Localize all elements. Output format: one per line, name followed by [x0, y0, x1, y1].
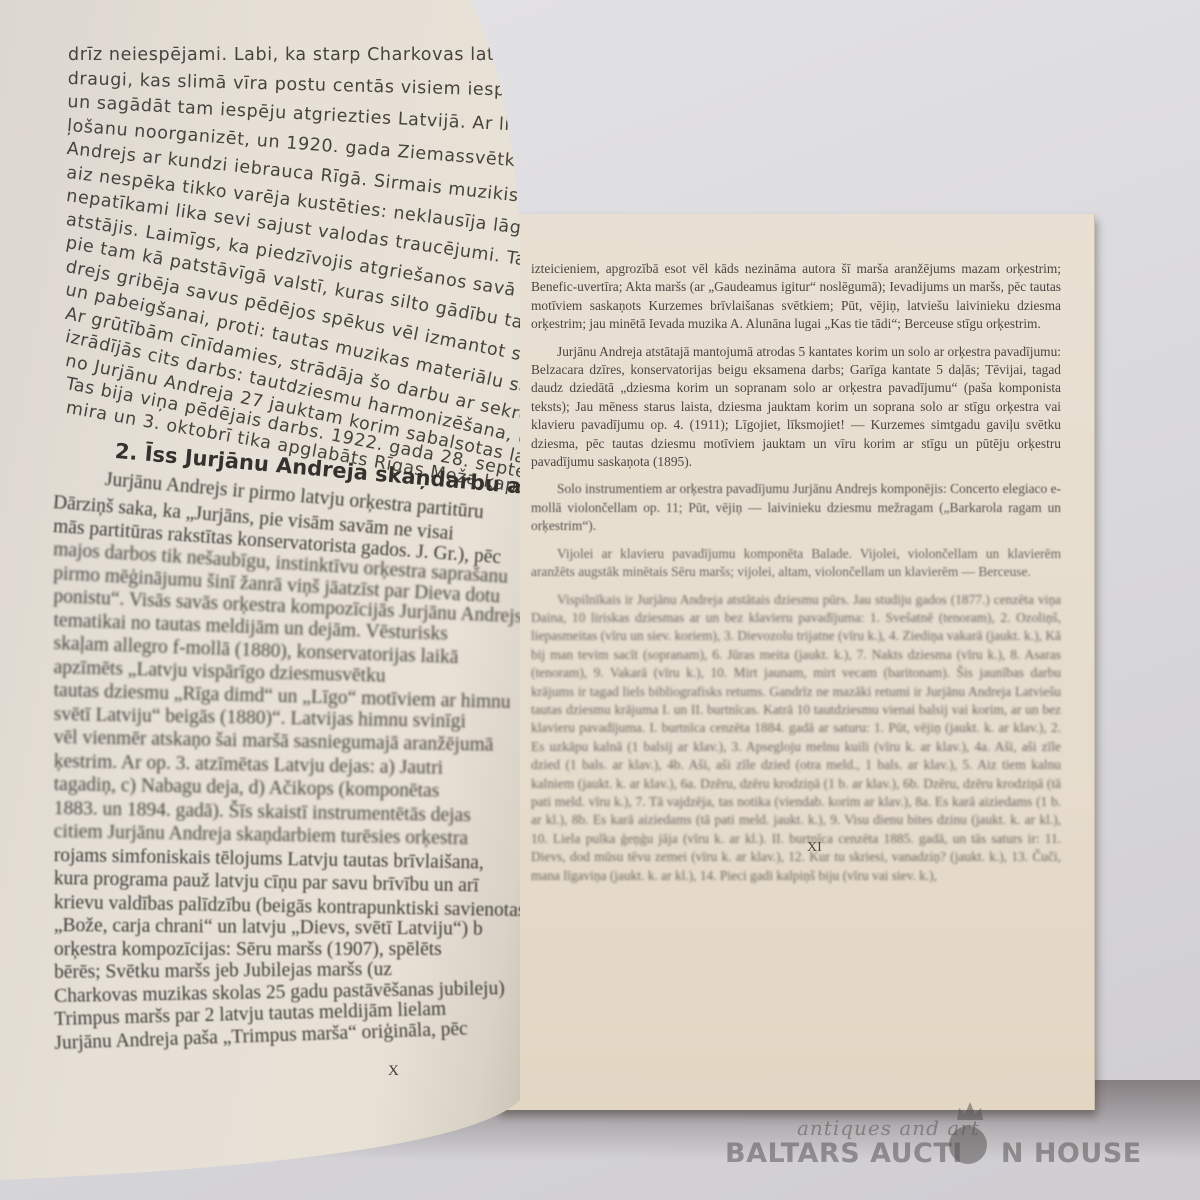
- crown-icon: [955, 1100, 985, 1122]
- paragraph: Vispilnīkais ir Jurjānu Andreja atstātai…: [531, 591, 1061, 886]
- page-number: X: [388, 1063, 399, 1080]
- paragraph: izteicieniem, apgrozībā esot vēl kāds ne…: [531, 260, 1061, 334]
- left-body-block: Jurjānu Andrejs ir pirmo latvju orķestra…: [68, 468, 538, 1056]
- left-page-text: drīz neiespējami. Labi, ka starp Charkov…: [68, 44, 538, 1055]
- left-top-block: drīz neiespējami. Labi, ka starp Charkov…: [68, 44, 538, 420]
- orb-icon: [949, 1126, 987, 1164]
- watermark-name-left: BALTARS AUCTI: [725, 1138, 963, 1169]
- paragraph: Jurjānu Andreja atstātajā mantojumā atro…: [531, 343, 1061, 472]
- right-page-text: izteicieniem, apgrozībā esot vēl kāds ne…: [531, 260, 1061, 894]
- text-line: drīz neiespējami. Labi, ka starp Charkov…: [68, 44, 538, 68]
- auction-house-watermark: antiques and art BALTARS AUCTIN HOUSE: [725, 1118, 1125, 1188]
- left-page: drīz neiespējami. Labi, ka starp Charkov…: [0, 0, 520, 1180]
- watermark-name-right: N HOUSE: [1001, 1138, 1142, 1169]
- paragraph: Solo instrumentiem ar orķestra pavadījum…: [531, 480, 1061, 535]
- right-page: izteicieniem, apgrozībā esot vēl kāds ne…: [497, 214, 1095, 1110]
- paragraph: Vijolei ar klavieru pavadījumu komponēta…: [531, 545, 1061, 582]
- watermark-name: BALTARS AUCTIN HOUSE: [725, 1138, 1142, 1169]
- page-number: XI: [807, 840, 822, 856]
